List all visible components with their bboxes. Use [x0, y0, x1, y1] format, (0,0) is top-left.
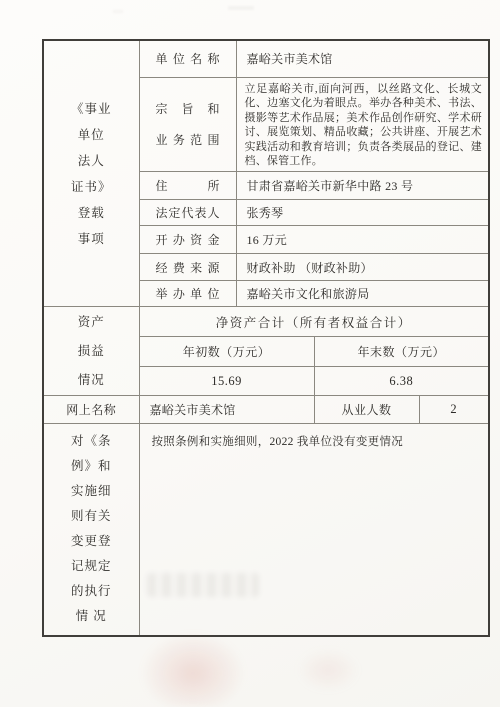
legal-representative-label-cell: 法定代表人	[139, 200, 236, 226]
funding-source-value: 财政补助 （财政补助）	[236, 254, 489, 281]
stamp-bleed-through-smudge	[141, 632, 245, 707]
staff-count-label: 从业人数	[314, 396, 419, 424]
legal-representative-label: 法定代表人	[156, 206, 220, 220]
scan-speck	[228, 6, 254, 10]
staff-count-value: 2	[419, 396, 489, 424]
year-start-value: 15.69	[139, 367, 314, 396]
unit-name-label: 单位名称	[156, 52, 220, 66]
opening-capital-label: 开办资金	[156, 233, 220, 247]
organizer-value: 嘉峪关市文化和旅游局	[236, 281, 489, 307]
certificate-items-side-label: 《事业 单位 法人 证书》 登载 事项	[43, 40, 139, 307]
registration-form-table: 《事业 单位 法人 证书》 登载 事项 单位名称 嘉峪关市美术馆 宗旨和 业务范…	[42, 39, 490, 637]
unit-name-label-cell: 单位名称	[139, 40, 236, 77]
opening-capital-label-cell: 开办资金	[139, 226, 236, 254]
table-row: 网上名称 嘉峪关市美术馆 从业人数 2	[43, 396, 489, 424]
address-label: 住所	[156, 179, 220, 193]
scope-value: 立足嘉峪关市,面向河西，以丝路文化、长城文化、边塞文化为着眼点。举办各种美术、书…	[236, 77, 489, 172]
funding-source-label-cell: 经费来源	[139, 254, 236, 281]
scope-label-cell: 宗旨和 业务范围	[139, 77, 236, 172]
stamp-bleed-through-smudge-faint	[296, 648, 360, 692]
regulation-side-label: 对《条 例》和 实施细 则有关 变更登 记规定 的执行 情 况	[43, 424, 139, 636]
net-assets-header: 净资产合计（所有者权益合计）	[139, 307, 489, 337]
organizer-label: 举办单位	[156, 287, 220, 301]
legal-representative-value: 张秀琴	[236, 200, 489, 226]
assets-side-label: 资产 损益 情况	[43, 307, 139, 396]
unit-name-value: 嘉峪关市美术馆	[236, 40, 489, 77]
scope-label-line-1: 宗旨和	[156, 102, 220, 116]
online-name-label: 网上名称	[43, 396, 139, 424]
scanned-document-page: 《事业 单位 法人 证书》 登载 事项 单位名称 嘉峪关市美术馆 宗旨和 业务范…	[0, 0, 500, 707]
table-row: 资产 损益 情况 净资产合计（所有者权益合计）	[43, 307, 489, 337]
online-name-value: 嘉峪关市美术馆	[139, 396, 314, 424]
organizer-label-cell: 举办单位	[139, 281, 236, 307]
address-value: 甘肃省嘉峪关市新华中路 23 号	[236, 172, 489, 200]
funding-source-label: 经费来源	[156, 261, 220, 275]
scan-speck	[113, 10, 123, 13]
scope-label-line-2: 业务范围	[156, 133, 220, 147]
opening-capital-value: 16 万元	[236, 226, 489, 254]
address-label-cell: 住所	[139, 172, 236, 200]
year-start-label: 年初数（万元）	[139, 337, 314, 367]
table-row: 《事业 单位 法人 证书》 登载 事项 单位名称 嘉峪关市美术馆	[43, 40, 489, 77]
year-end-value: 6.38	[314, 367, 489, 396]
regulation-compliance-value: 按照条例和实施细则，2022 我单位没有变更情况	[139, 424, 489, 636]
year-end-label: 年末数（万元）	[314, 337, 489, 367]
table-row: 对《条 例》和 实施细 则有关 变更登 记规定 的执行 情 况 按照条例和实施细…	[43, 424, 489, 636]
